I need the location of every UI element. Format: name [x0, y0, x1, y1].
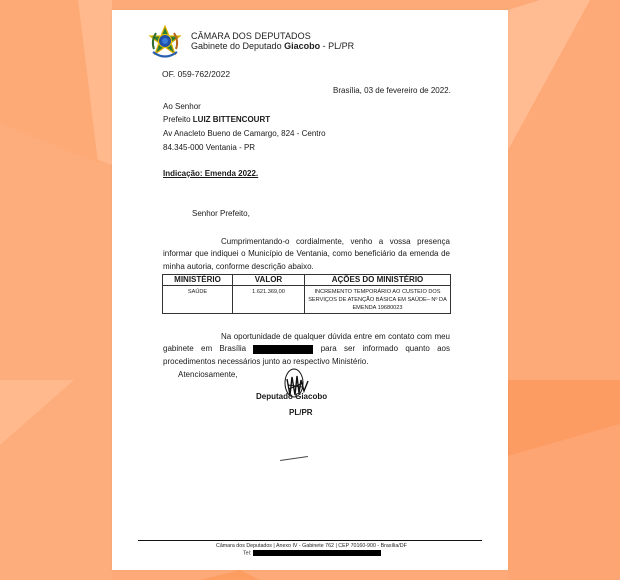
footer-phone-label: Tel: [243, 550, 251, 556]
institution-name: CÂMARA DOS DEPUTADOS [191, 31, 311, 41]
footer-phone: Tel: [243, 550, 381, 556]
paragraph-intro-text: Cumprimentando-o cordialmente, venho a v… [163, 237, 450, 271]
redacted-footer-phone [253, 550, 381, 556]
office-name: Gabinete do Deputado Giacobo - PL/PR [191, 41, 354, 51]
recipient-name-line: Prefeito LUIZ BITTENCOURT [163, 115, 270, 124]
amendment-table: MINISTÉRIO VALOR AÇÕES DO MINISTÉRIO SAÚ… [162, 274, 451, 314]
redacted-phone [253, 345, 313, 354]
pen-mark [280, 456, 308, 461]
coat-of-arms-icon [148, 25, 182, 61]
recipient-name: LUIZ BITTENCOURT [193, 115, 270, 124]
office-suffix: - PL/PR [320, 41, 354, 51]
cell-action: INCREMENTO TEMPORÁRIO AO CUSTEIO DOS SER… [305, 286, 451, 314]
office-prefix: Gabinete do Deputado [191, 41, 284, 51]
recipient-city: 84.345-000 Ventania - PR [163, 143, 255, 152]
footer-divider [138, 540, 482, 541]
footer-address: Câmara dos Deputados | Anexo IV - Gabine… [216, 543, 407, 549]
signatory-party: PL/PR [289, 408, 313, 417]
paragraph-contact: Na oportunidade de qualquer dúvida entre… [163, 331, 450, 368]
recipient-greeting: Ao Senhor [163, 102, 201, 111]
col-header-value: VALOR [233, 275, 305, 286]
recipient-title: Prefeito [163, 115, 193, 124]
place-date: Brasília, 03 de fevereiro de 2022. [333, 86, 451, 95]
reference-number: OF. 059-762/2022 [162, 69, 230, 79]
signatory-name: Deputado Giacobo [256, 392, 327, 401]
paragraph-intro: Cumprimentando-o cordialmente, venho a v… [163, 236, 450, 273]
col-header-ministry: MINISTÉRIO [163, 275, 233, 286]
col-header-actions: AÇÕES DO MINISTÉRIO [305, 275, 451, 286]
table-row: SAÚDE 1.621.369,00 INCREMENTO TEMPORÁRIO… [163, 286, 451, 314]
subject-line: Indicação: Emenda 2022. [163, 169, 258, 178]
letter-page: CÂMARA DOS DEPUTADOS Gabinete do Deputad… [112, 10, 508, 570]
cell-ministry: SAÚDE [163, 286, 233, 314]
deputy-name: Giacobo [284, 41, 320, 51]
closing: Atenciosamente, [178, 370, 238, 379]
cell-value: 1.621.369,00 [233, 286, 305, 314]
recipient-street: Av Anacleto Bueno de Camargo, 824 - Cent… [163, 129, 326, 138]
salutation: Senhor Prefeito, [192, 209, 250, 218]
